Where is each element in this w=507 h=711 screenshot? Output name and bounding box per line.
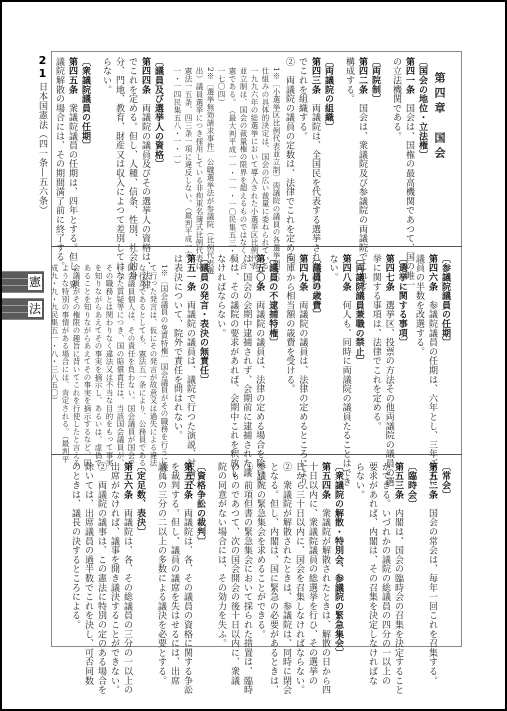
column-gap xyxy=(279,254,281,449)
article-number: 第四一条 xyxy=(404,57,414,94)
article-continuation: 院の同意がない場合には、その効力を失ふ。 xyxy=(215,462,226,642)
article-heading: 〔衆議院の解散・特別会、参議院の緊急集会〕 xyxy=(332,462,343,642)
article-continuation: らない。 xyxy=(100,57,111,242)
annotation-note: ような特別の事情がある場合には、肯定される。（最判平 xyxy=(61,254,70,449)
annotation-note: その職務とは関わりなく違法又は不当な目的をもって事実 xyxy=(105,254,114,449)
article-continuation: 日から三十日以内に、国会を召集しなければならない。 xyxy=(293,462,304,642)
annotation-note: を知りながらあえてその事実を摘示し、あるいは、虚偽で xyxy=(94,254,103,449)
article-text: 第四四条 両議院の議員及びその選挙人の資格は、法律 xyxy=(139,57,150,242)
column-gap xyxy=(409,254,411,449)
annotation-note: 会議員がその権限の趣旨に背いてこれを行使したと言える xyxy=(72,254,81,449)
article-heading: 〔議員の発言・表決の無責任〕 xyxy=(197,254,208,449)
article-number: 第四六条 xyxy=(427,254,437,291)
article-continuation: ② 衆議院が解散されたときは、参議院は、同時に閉会 xyxy=(280,462,291,642)
article-heading: 〔両議院議員兼職の禁止〕 xyxy=(353,254,364,449)
article-text: 第五三条 内閣は、国会の臨時会の召集を決定すること xyxy=(392,462,403,642)
article-heading: 〔両院制〕 xyxy=(369,57,380,242)
article-body: 国会の常会は、毎年一回これを召集する。 xyxy=(427,499,437,685)
article-continuation: でこれを組織する。 xyxy=(296,57,307,242)
article-number: 第四四条 xyxy=(140,57,150,94)
article-continuation: 国庫から相当額の歳費を受ける。 xyxy=(283,254,294,449)
article-continuation: ない。 xyxy=(327,254,338,449)
column-gap xyxy=(207,462,213,642)
annotation-note: 一九九六年の総選挙において導入された小選挙区比例代表 xyxy=(250,57,259,242)
article-number: 第五二条 xyxy=(427,462,437,499)
article-continuation: は、国会の会期中逮捕されず、会期前に逮捕された議 xyxy=(240,254,251,449)
article-continuation: 議員の半数を改選する。 xyxy=(413,254,424,449)
column-gap xyxy=(147,462,153,642)
article-continuation: の立法機関である。 xyxy=(390,57,401,242)
article-continuation: 出席がなければ、議事を開き議決することができない。 xyxy=(108,462,119,642)
article-text: 第五四条 衆議院が解散されたときは、解散の日から四 xyxy=(319,462,330,642)
article-continuation: 員は、その議院の要求があれば、会期中これを釈放し xyxy=(227,254,238,449)
article-text: 第四八条 何人も、同時に両議院の議員たることはでき xyxy=(340,254,351,449)
thumb-tab-char: 法 xyxy=(28,301,42,317)
article-text: 第五〇条 両議院の議員は、法律の定める場合を除いて xyxy=(253,254,264,449)
article-continuation: 要求があれば、内閣は、その召集を決定しなければな xyxy=(366,462,377,642)
article-heading: 〔選挙に関する事項〕 xyxy=(396,254,407,449)
column-gap xyxy=(418,462,424,642)
annotation-note: あることを知りながらあえてその事実を摘示するなど、国 xyxy=(83,254,92,449)
article-continuation: でこれを定める。但し、人種、信条、性別、社会的身 xyxy=(126,57,137,242)
article-continuation: 議員の三分の二以上の多数による議決を必要とする。 xyxy=(155,462,166,642)
column-gap xyxy=(335,57,341,242)
article-body: 両議院は、各、その総議員の三分の一以上の xyxy=(122,499,132,694)
running-header-title: 日本国憲法（四一条―五六条） xyxy=(36,82,47,215)
article-continuation: ② 両議院の議員の定数は、法律でこれを定める。 xyxy=(283,57,294,242)
article-body: 選挙区、投票の方法その他両議院の議員の選 xyxy=(384,291,394,486)
article-body: 何人も、同時に両議院の議員たることはでき xyxy=(341,291,351,486)
article-body: 両議院は、各、その議員の資格に関する争訟 xyxy=(182,499,192,694)
annotation-note: 1※〔国会議員の免責特権〕国会議員がその職務を行うに際し xyxy=(160,254,169,449)
article-text: 第四二条 国会は、衆議院及び参議院の両議院でこれを xyxy=(356,57,367,242)
annotation-note: な行為であるとしても、憲法五一条により、公務員である xyxy=(138,254,147,449)
article-number: 第五〇条 xyxy=(254,254,264,291)
article-continuation: のときは、議長の決するところによる。 xyxy=(69,462,80,642)
article-continuation: ができる。いづれかの議院の総議員の四分の一以上の xyxy=(379,462,390,642)
document-page: 21 日本国憲法（四一条―五六条） 憲 法 第四章 国会 〔国会の地位・立法権〕… xyxy=(2,2,505,709)
article-text: 第四一条 国会は、国権の最高機関であつて、国の唯一 xyxy=(403,57,414,242)
bottom-section: 〔常会〕第五二条 国会の常会は、毎年一回これを召集する。〔臨時会〕第五三条 内閣… xyxy=(50,462,450,642)
annotation-note: 2※〔選挙無効請求事件〕公職選挙法が参議院（比例代表選 xyxy=(206,57,215,242)
article-body: 両議院の議員は、議院で行つた演説、討論又 xyxy=(185,291,195,486)
article-number: 第五三条 xyxy=(393,462,403,499)
thumb-tab-ken[interactable]: 憲 xyxy=(2,271,44,293)
article-continuation: 除いては、出席議員の過半数でこれを決し、可否同数 xyxy=(82,462,93,642)
article-heading: 〔両議院の組織〕 xyxy=(322,57,333,242)
annotation-note: 成九・九・九民集五一・八・三八五〇） xyxy=(50,254,59,449)
article-body: 両議院の議員は、法律の定める場合を除いて xyxy=(254,291,264,486)
article-continuation: 構成する。 xyxy=(343,57,354,242)
article-text: 第四七条 選挙区、投票の方法その他両議院の議員の選 xyxy=(383,254,394,449)
article-continuation: 分、門地、教育、財産又は収入によつて差別してはな xyxy=(113,57,124,242)
article-continuation: ③ 前項但書の緊急集会において採られた措置は、臨時 xyxy=(241,462,252,642)
article-continuation: なければならない。 xyxy=(214,254,225,449)
article-continuation: のものであつて、次の国会開会の後十日以内に、衆議 xyxy=(228,462,239,642)
article-heading: 〔議員及び選挙人の資格〕 xyxy=(152,57,163,242)
annotation-note: 国会議員個人は、その責任を負わない。国会議員が国会で xyxy=(127,254,136,449)
article-heading: 〔定足数、表決〕 xyxy=(134,462,145,642)
article-continuation: は表決について、院外で責任を問はれない。 xyxy=(171,254,182,449)
top-section: 〔国会の地位・立法権〕第四一条 国会は、国権の最高機関であつて、国の唯一の立法機… xyxy=(47,57,427,242)
article-number: 第四九条 xyxy=(297,254,307,291)
article-heading: 〔参議院議員の任期〕 xyxy=(439,254,450,449)
article-heading: 〔資格争訟の裁判〕 xyxy=(194,462,205,642)
article-text: 第五五条 両議院は、各、その議員の資格に関する争訟 xyxy=(181,462,192,642)
article-text: 第四六条 参議院議員の任期は、六年とし、三年ごとに xyxy=(426,254,437,449)
annotation-note: て行った発言は、仮にその発言が故意又は過失による違法 xyxy=(149,254,158,449)
column-gap xyxy=(322,254,324,449)
annotation-note: 仕組みの具体的決定は、国会の広い裁量に委ねられている xyxy=(261,57,270,242)
column-gap xyxy=(165,57,171,242)
article-text: 第四三条 両議院は、全国民を代表する選挙された議員 xyxy=(309,57,320,242)
article-body: 参議院議員の任期は、六年とし、三年ごとに xyxy=(427,291,437,486)
article-heading: 〔衆議院議員の任期〕 xyxy=(79,57,90,242)
article-continuation: 議院解散の場合には、その期間満了前に終了する。 xyxy=(53,57,64,242)
annotation-note: 一七〇四） xyxy=(217,57,226,242)
column-gap xyxy=(345,462,351,642)
middle-section: 〔参議院議員の任期〕第四六条 参議院議員の任期は、六年とし、三年ごとに議員の半数… xyxy=(50,254,450,449)
annotation-note: 1※〔小選挙区比例代表並立制〕両議院の議員の各選挙制度の xyxy=(272,57,281,242)
column-gap xyxy=(382,57,388,242)
article-continuation: 十日以内に、衆議院議員の総選挙を行ひ、その選挙の xyxy=(306,462,317,642)
article-number: 第四三条 xyxy=(310,57,320,94)
thumb-tab-char: 憲 xyxy=(28,274,42,290)
annotation-note: 憲法一五条、四三条一項に違反しない。（最判平成一六・ xyxy=(184,57,193,242)
article-continuation: らない。 xyxy=(353,462,364,642)
article-number: 第四二条 xyxy=(357,57,367,94)
annotation-note: 一・一四民集五八・一・一） xyxy=(173,57,182,242)
article-number: 第五六条 xyxy=(122,462,132,499)
column-gap xyxy=(92,57,98,242)
article-continuation: 参議院の緊急集会を求めることができる。 xyxy=(254,462,265,642)
article-continuation: 挙に関する事項は、法律でこれを定める。 xyxy=(370,254,381,449)
annotation-note: 行った質疑等につき、国の賠償責任は、当該国会議員が、 xyxy=(116,254,125,449)
annotation-note: 並立制は、国会の裁量権の限界を超えるものではなく、合 xyxy=(239,57,248,242)
article-heading: 〔臨時会〕 xyxy=(405,462,416,642)
article-number: 第五一条 xyxy=(185,254,195,291)
article-body: 内閣は、国会の臨時会の召集を決定すること xyxy=(393,499,403,694)
article-number: 第四五条 xyxy=(67,57,77,94)
article-continuation: を裁判する。但し、議員の議席を失はせるには、出席 xyxy=(168,462,179,642)
article-number: 第四八条 xyxy=(341,254,351,291)
article-heading: 〔議員の不逮捕特権〕 xyxy=(266,254,277,449)
annotation-note: 憲である。 （最大判平成一一・一一・一〇民集五三・八・ xyxy=(228,57,237,242)
article-body: 衆議院が解散されたときは、解散の日から四 xyxy=(320,499,330,694)
article-number: 第四七条 xyxy=(384,254,394,291)
article-heading: 〔常会〕 xyxy=(439,462,450,642)
column-gap xyxy=(366,254,368,449)
article-text: 第五六条 両議院は、各、その総議員の三分の一以上の xyxy=(121,462,132,642)
article-text: 第五二条 国会の常会は、毎年一回これを召集する。 xyxy=(426,462,437,642)
article-text: 第四五条 衆議院議員の任期は、四年とする。但し、衆 xyxy=(66,57,77,242)
article-heading: 〔議員の歳費〕 xyxy=(309,254,320,449)
article-text: 第五一条 両議院の議員は、議院で行つた演説、討論又 xyxy=(184,254,195,449)
article-text: 第四九条 両議院の議員は、法律の定めるところにより、 xyxy=(296,254,307,449)
annotation-note: 出）議員選挙につき採用している非拘束名簿式比例代表は xyxy=(195,57,204,242)
article-number: 第五四条 xyxy=(320,462,330,499)
column-gap xyxy=(210,254,212,449)
article-heading: 〔国会の地位・立法権〕 xyxy=(416,57,427,242)
article-number: 第五五条 xyxy=(182,462,192,499)
thumb-tab-hou[interactable]: 法 xyxy=(2,298,44,320)
chapter-title: 第四章 国会 xyxy=(433,72,446,162)
article-continuation: となる。但し、内閣は、国に緊急の必要があるときは、 xyxy=(267,462,278,642)
article-continuation: ② 両議院の議事は、この憲法に特別の定のある場合を xyxy=(95,462,106,642)
